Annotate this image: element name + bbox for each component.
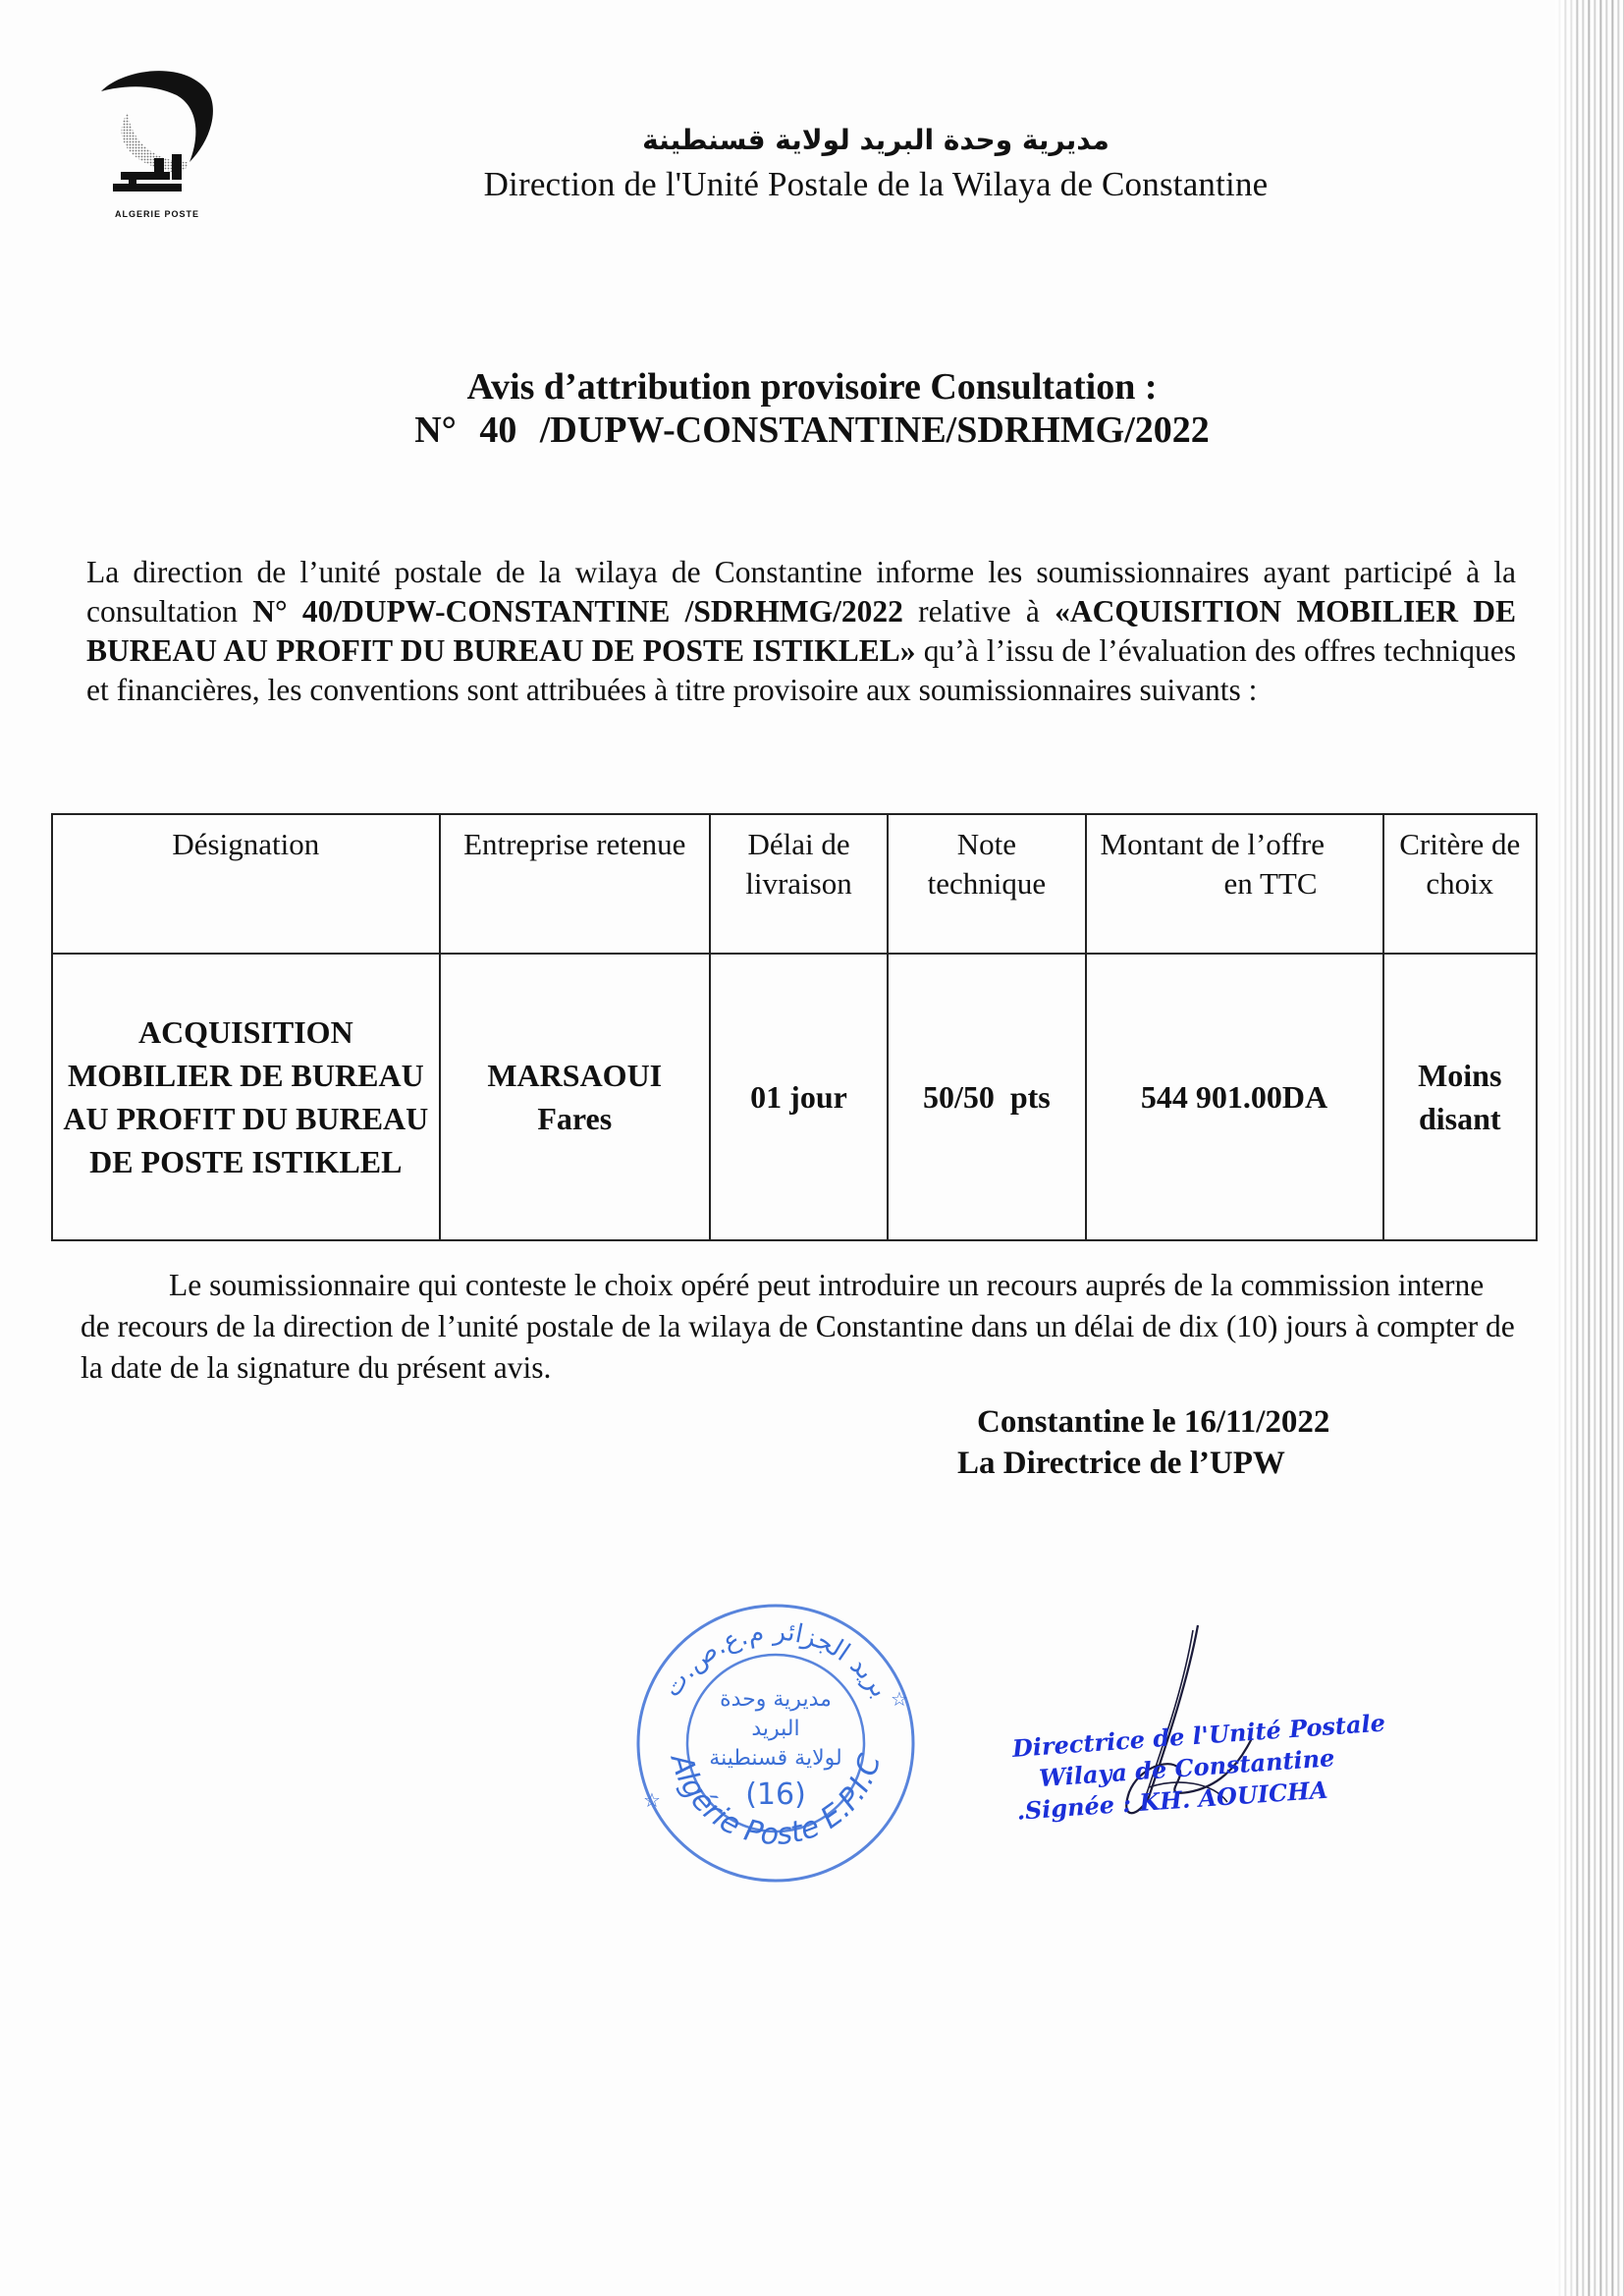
entreprise-firstname: Fares bbox=[537, 1101, 612, 1136]
title-reference: /DUPW-CONSTANTINE/SDRHMG/2022 bbox=[540, 410, 1210, 451]
awards-table: Désignation Entreprise retenue Délai de … bbox=[51, 813, 1538, 1241]
star-icon: ☆ bbox=[891, 1687, 908, 1711]
header-designation: Désignation bbox=[52, 814, 440, 954]
scan-edge-artifact bbox=[1555, 0, 1624, 2296]
table-header-row: Désignation Entreprise retenue Délai de … bbox=[52, 814, 1537, 954]
stamp-inner-line-2: البريد bbox=[751, 1717, 799, 1741]
cell-delai: 01 jour bbox=[710, 954, 888, 1240]
title-line-1: Avis d’attribution provisoire Consultati… bbox=[0, 365, 1624, 409]
consultation-reference: N° 40/DUPW-CONSTANTINE /SDRHMG/2022 bbox=[252, 594, 903, 629]
critere-line-1: Moins bbox=[1418, 1058, 1501, 1093]
star-icon: ☆ bbox=[643, 1788, 661, 1812]
intro-paragraph: La direction de l’unité postale de la wi… bbox=[86, 553, 1516, 710]
stamp-inner-line-1: مديرية وحدة bbox=[720, 1687, 832, 1712]
critere-line-2: disant bbox=[1419, 1101, 1501, 1136]
signer-title: La Directrice de l’UPW bbox=[957, 1446, 1285, 1482]
notice-title: Avis d’attribution provisoire Consultati… bbox=[0, 365, 1624, 452]
header-note: Note technique bbox=[888, 814, 1085, 954]
header-delai: Délai de livraison bbox=[710, 814, 888, 954]
cell-entreprise: MARSAOUIFares bbox=[440, 954, 710, 1240]
cell-designation: ACQUISITION MOBILIER DE BUREAU AU PROFIT… bbox=[52, 954, 440, 1240]
header-montant: Montant de l’offre en TTC bbox=[1086, 814, 1383, 954]
title-line-2: N° 40 /DUPW-CONSTANTINE/SDRHMG/2022 bbox=[0, 409, 1624, 452]
official-stamp: بريد الجزائر م.ع.ص.ت Algérie Poste E.P.I… bbox=[623, 1596, 928, 1890]
intro-text-2: relative à bbox=[903, 594, 1055, 629]
logo-caption: ALGERIE POSTE bbox=[93, 209, 221, 219]
header-arabic: مديرية وحدة البريد لولاية قسنطينة bbox=[0, 124, 1624, 156]
header-montant-line-1: Montant de l’offre bbox=[1101, 827, 1325, 861]
stamp-number: (16) bbox=[745, 1777, 806, 1812]
table-row: ACQUISITION MOBILIER DE BUREAU AU PROFIT… bbox=[52, 954, 1537, 1240]
cell-critere: Moinsdisant bbox=[1383, 954, 1537, 1240]
title-number-prefix: N° bbox=[414, 410, 457, 451]
header-montant-line-2: en TTC bbox=[1101, 864, 1377, 903]
header-critere: Critère de choix bbox=[1383, 814, 1537, 954]
title-number: 40 bbox=[479, 410, 516, 451]
place-date: Constantine le 16/11/2022 bbox=[977, 1404, 1329, 1441]
entreprise-name: MARSAOUI bbox=[487, 1058, 662, 1093]
cell-note: 50/50 pts bbox=[888, 954, 1085, 1240]
closing-text: Le soumissionnaire qui conteste le choix… bbox=[81, 1268, 1515, 1385]
header-entreprise: Entreprise retenue bbox=[440, 814, 710, 954]
closing-paragraph: Le soumissionnaire qui conteste le choix… bbox=[81, 1265, 1516, 1389]
stamp-inner-line-3: لولاية قسنطينة bbox=[709, 1746, 841, 1771]
cell-montant: 544 901.00DA bbox=[1086, 954, 1383, 1240]
header-french: Direction de l'Unité Postale de la Wilay… bbox=[0, 165, 1624, 204]
